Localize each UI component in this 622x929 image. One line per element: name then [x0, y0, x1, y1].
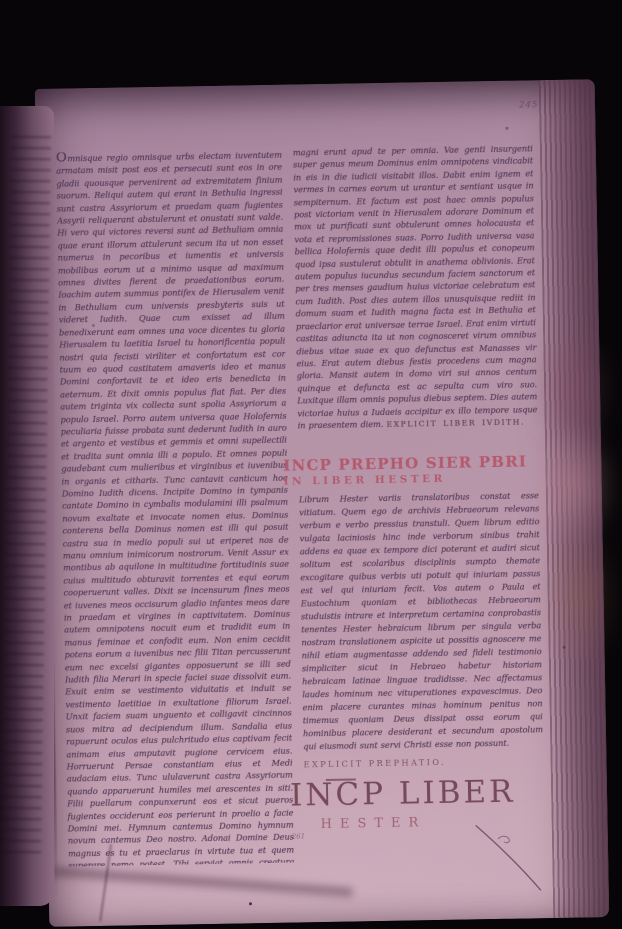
explicit-prefatio: EXPLICIT PREPHATIO. — [303, 756, 543, 770]
judith-ending-text: magni erunt apud te per omnia. Vae genti… — [293, 143, 538, 430]
facing-page-text-shadow — [1, 136, 51, 856]
ink-speck — [249, 902, 252, 905]
page-curl-shadow — [53, 868, 353, 901]
ink-speck — [505, 127, 508, 130]
slide-photograph: 245 Omnisque regio omnisque urbs electam… — [0, 0, 622, 929]
folio-number: 245 — [519, 100, 538, 110]
facing-page-edge — [0, 106, 54, 906]
gutter-quire-mark: 261 — [292, 832, 306, 840]
film-frame-edge — [0, 0, 622, 13]
pen-trial-slash — [468, 816, 564, 903]
right-text-column: magni erunt apud te per omnia. Vae genti… — [293, 142, 545, 832]
ink-speck — [563, 646, 566, 649]
red-rubric: INCP PREPHO SIER PBRI IN LIBER HESTER — [283, 453, 539, 490]
book-fore-edge — [539, 79, 610, 918]
judith-ending-paragraph: magni erunt apud te per omnia. Vae genti… — [293, 142, 538, 432]
rubric-in-librum-hester: IN LIBER HESTER — [284, 471, 539, 490]
incipit-liber-heading: INCP LIBER — [290, 772, 545, 816]
jerome-preface-paragraph: Librum Hester variis translatoribus cons… — [299, 490, 544, 756]
left-text-column: Omnisque regio omnisque urbs electam iuv… — [56, 149, 294, 867]
explicit-liber-iudith: EXPLICIT LIBER IVDITH. — [386, 417, 525, 428]
manuscript-page: 245 Omnisque regio omnisque urbs electam… — [35, 79, 610, 927]
